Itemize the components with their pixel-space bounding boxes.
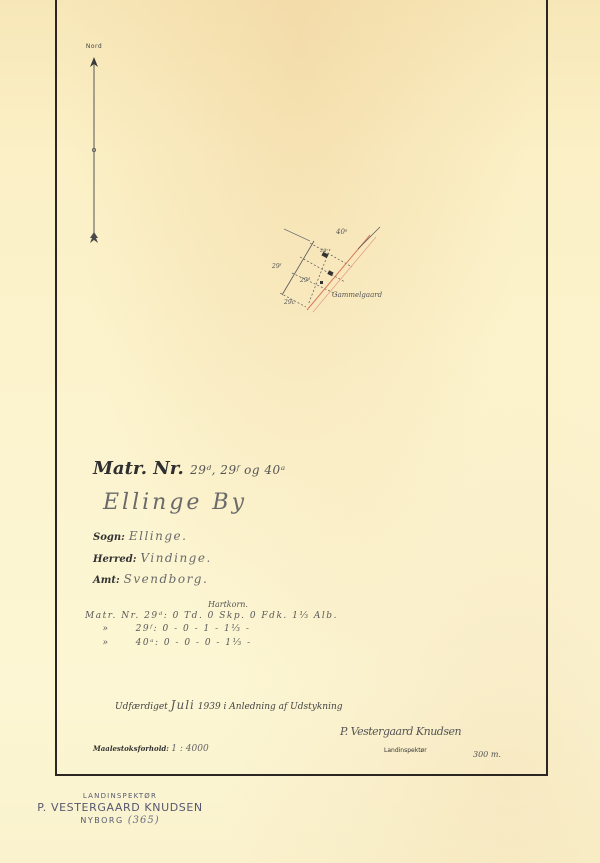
north-arrow-icon [80,43,108,253]
issued-suffix: 1939 i Anledning af Udstykning [198,702,343,712]
map-frame [55,0,548,776]
parish-row: Sogn:Ellinge. [93,529,187,543]
sketch-label-mid: 29ᵈ [299,277,311,284]
stamp-name: P. VESTERGAARD KNUDSEN [0,801,240,814]
hartkorn-row: Matr. Nr. 29ᵈ: 0 Td. 0 Skp. 0 Fdk. 1⅓ Al… [85,611,338,621]
hartkorn-row: » 29ᶠ: 0 - 0 - 1 - 1⅓ - [85,624,250,634]
signature: P. Vestergaard Knudsen [340,725,461,738]
district-label: Herred: [93,554,136,565]
stamp-city-row: NYBORG (365) [0,815,240,826]
scale-value: 1 : 4000 [171,744,208,754]
hartkorn-row: » 40ᵃ: 0 - 0 - 0 - 1⅓ - [85,638,252,648]
reference-number: 300 m. [473,750,501,759]
sketch-label-bottom: 29c [283,299,296,306]
county-value: Svendborg. [124,572,209,586]
parcel-sketch: 40ᵃ 29ᶠ 29ᵈ 29c 29ᵉ Gammelgaard [270,215,400,315]
county-row: Amt:Svendborg. [93,572,208,586]
parish-value: Ellinge. [129,529,188,543]
issued-line: Udfærdiget Juli 1939 i Anledning af Udst… [115,698,343,712]
sketch-label-left: 29ᶠ [271,263,282,270]
sketch-label-neighbor: Gammelgaard [332,291,383,299]
surveyor-stamp: LANDINSPEKTØR P. VESTERGAARD KNUDSEN NYB… [0,792,240,826]
scale-ratio: Maalestoksforhold: 1 : 4000 [93,744,209,754]
district-row: Herred:Vindinge. [93,551,212,565]
sketch-label-top: 40ᵃ [335,228,348,236]
stamp-city: NYBORG [80,816,123,825]
north-arrow: Nord [80,43,108,253]
hartkorn-title: Hartkorn. [208,600,248,609]
matr-numbers: 29ᵈ, 29ᶠ og 40ᵃ [190,463,286,477]
district-value: Vindinge. [140,551,211,565]
issued-month: Juli [171,698,195,712]
village-name: Ellinge By [103,490,247,515]
scale-label: Maalestoksforhold: [93,744,169,753]
issued-prefix: Udfærdiget [115,702,168,712]
surveyor-role: Landinspektør [384,747,427,754]
matr-label: Matr. Nr. [93,458,184,479]
cadastral-number: Matr. Nr. 29ᵈ, 29ᶠ og 40ᵃ [93,458,286,479]
stamp-handwritten-number: (365) [128,815,160,826]
parcel-map-icon: 40ᵃ 29ᶠ 29ᵈ 29c 29ᵉ Gammelgaard [270,215,400,315]
stamp-title: LANDINSPEKTØR [0,792,240,800]
sketch-label-small: 29ᵉ [319,248,328,254]
county-label: Amt: [93,575,120,586]
parish-label: Sogn: [93,532,125,543]
